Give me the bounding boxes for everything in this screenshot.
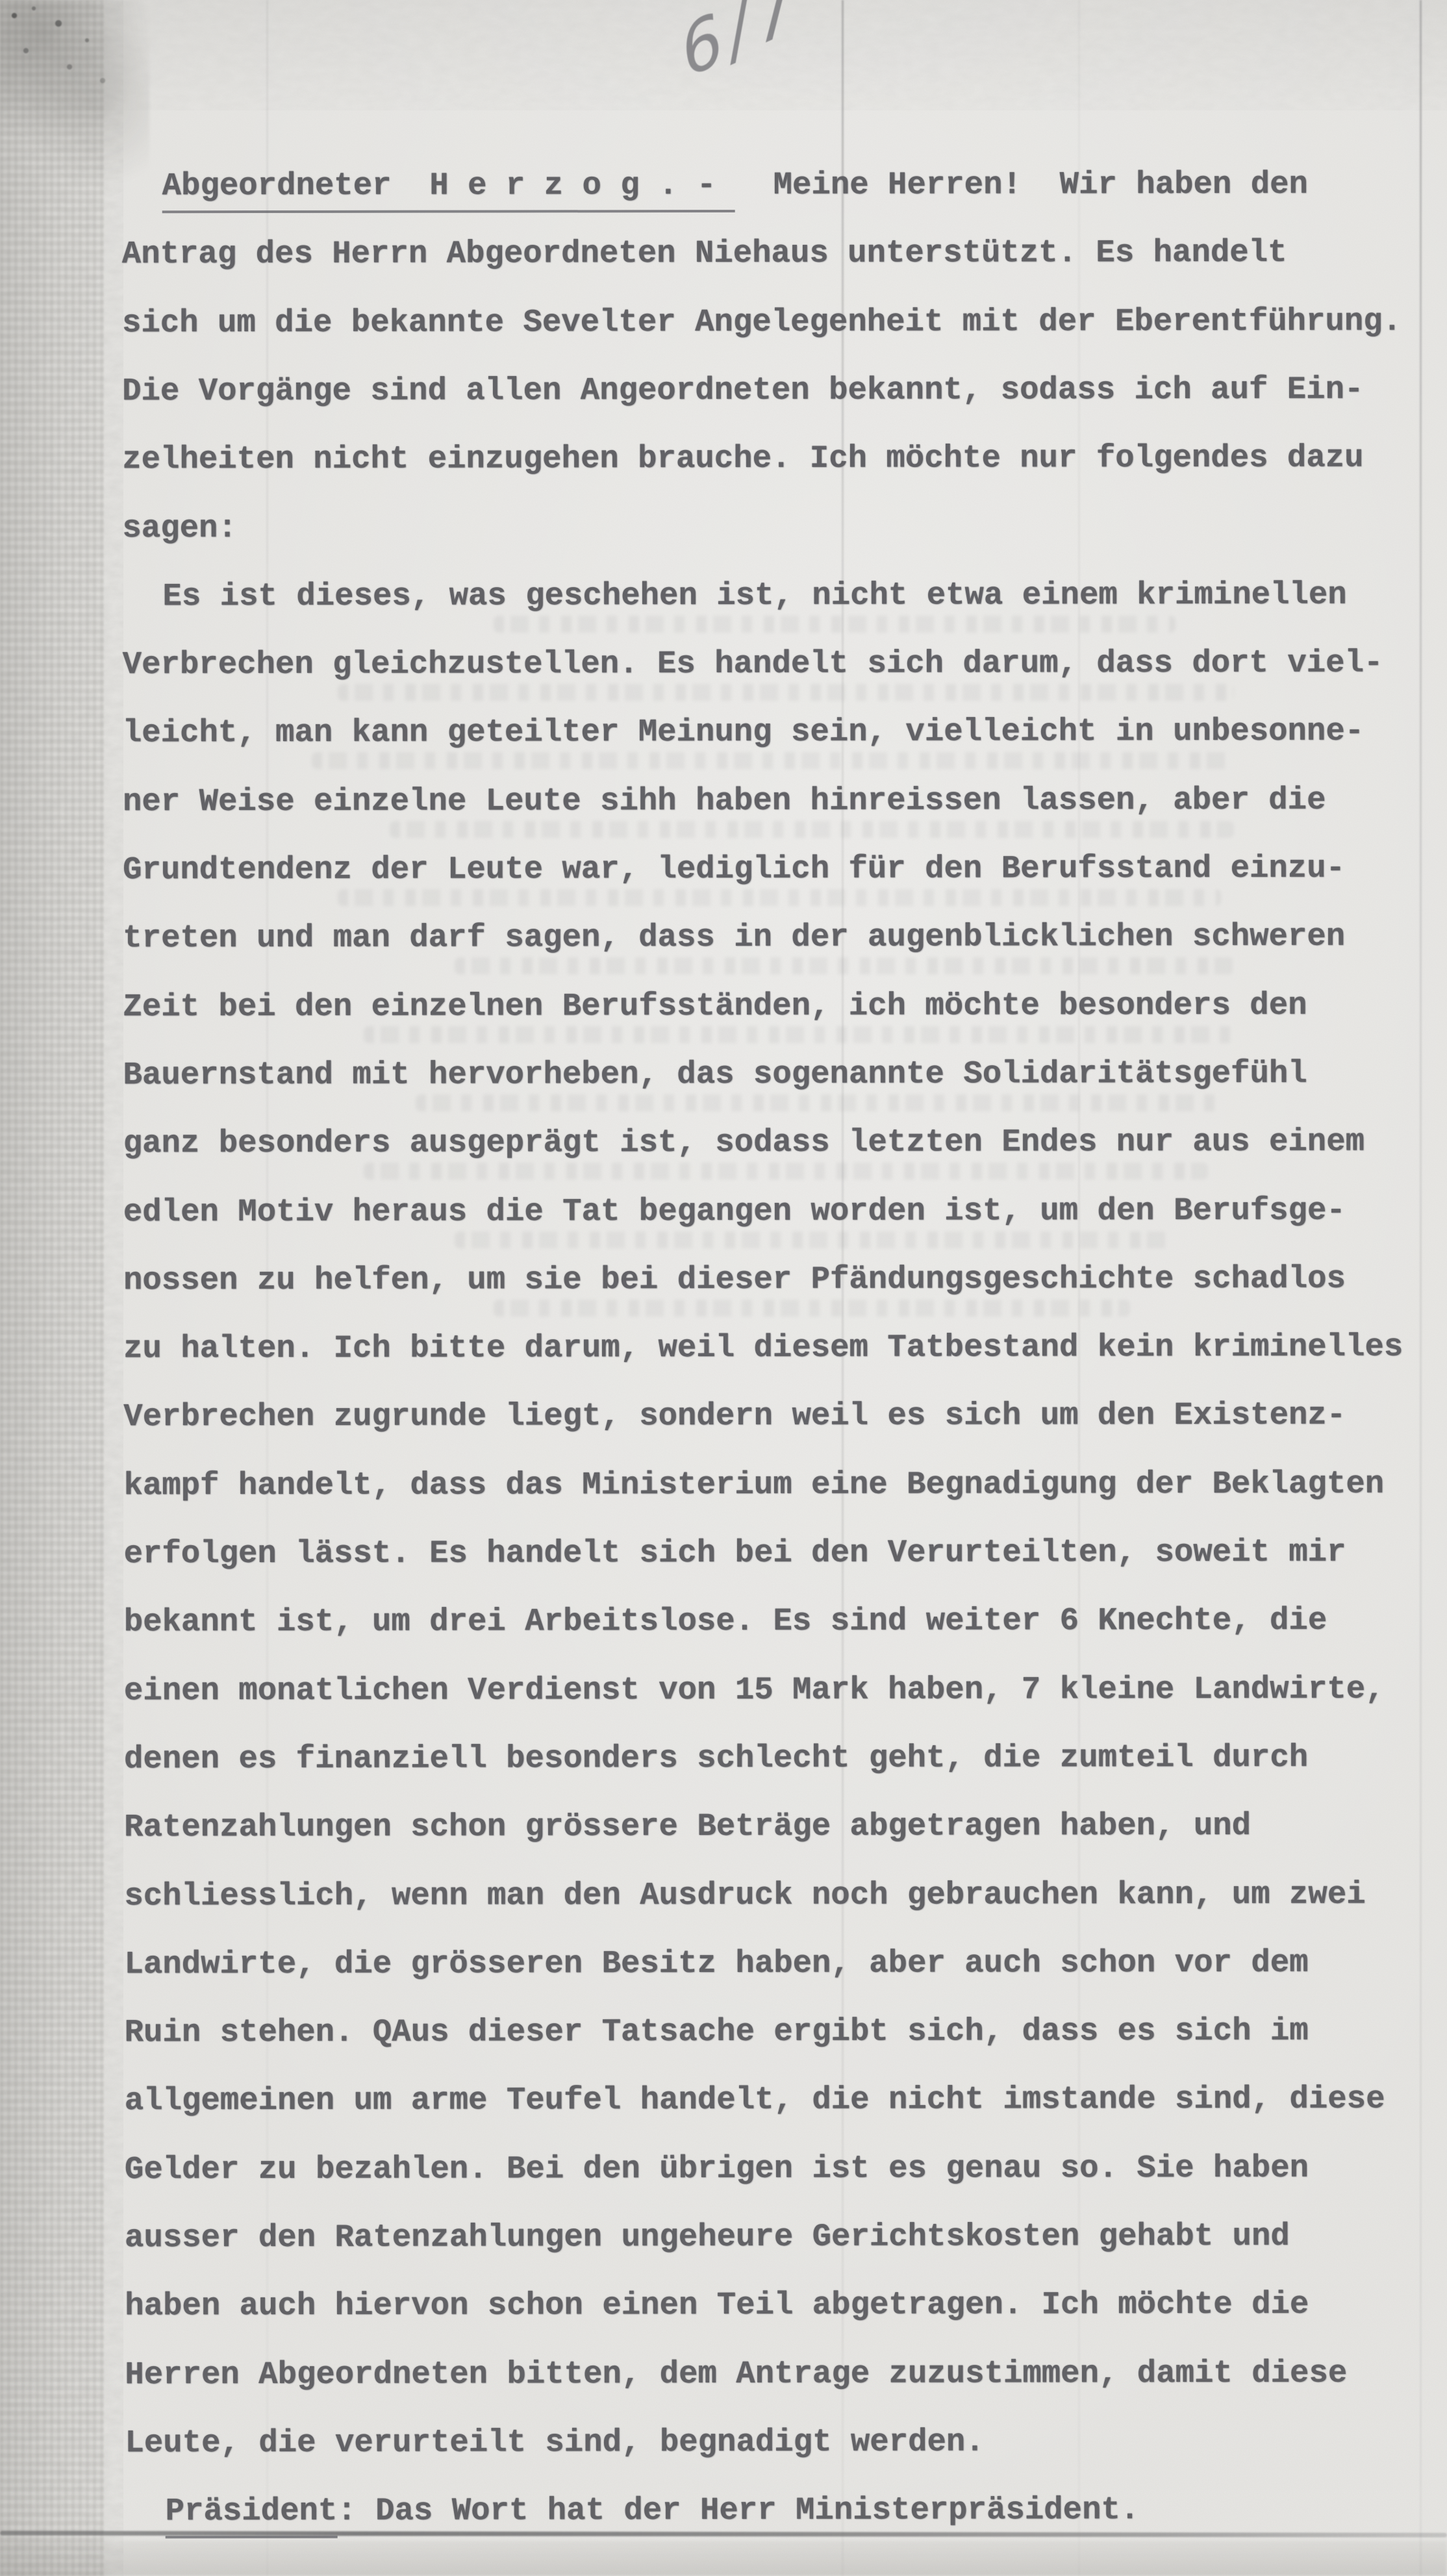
text-segment: Ruin stehen. QAus dieser Tatsache ergibt… (125, 2013, 1309, 2051)
text-line: kampf handelt, dass das Ministerium eine… (123, 1464, 1384, 1513)
text-line: sagen: (122, 509, 237, 555)
text-line: ganz besonders ausgeprägt ist, sodass le… (123, 1122, 1365, 1171)
text-line: schliesslich, wenn man den Ausdruck noch… (124, 1875, 1365, 1923)
text-segment: zu halten. Ich bitte darum, weil diesem … (123, 1329, 1403, 1367)
text-segment: allgemeinen um arme Teufel handelt, die … (125, 2081, 1385, 2119)
text-line: allgemeinen um arme Teufel handelt, die … (125, 2080, 1385, 2128)
text-line: Antrag des Herrn Abgeordneten Niehaus un… (122, 233, 1287, 282)
text-line: denen es finanziell besonders schlecht g… (124, 1738, 1308, 1787)
text-segment: ausser den Ratenzahlungen ungeheure Geri… (125, 2218, 1290, 2256)
text-segment: : Das Wort hat der Herr Ministerpräsiden… (337, 2492, 1139, 2529)
text-segment: ganz besonders ausgeprägt ist, sodass le… (123, 1124, 1365, 1162)
text-segment: sagen: (122, 510, 237, 546)
text-line: Verbrechen zugrunde liegt, sondern weil … (123, 1396, 1346, 1445)
text-segment: zelheiten nicht einzugehen brauche. Ich … (122, 440, 1363, 478)
text-line: haben auch hiervon schon einen Teil abge… (125, 2285, 1309, 2334)
text-line: leicht, man kann geteilter Meinung sein,… (123, 712, 1364, 761)
text-segment: sich um die bekannte Sevelter Angelegenh… (122, 303, 1402, 341)
text-line: Ratenzahlungen schon grössere Beträge ab… (124, 1806, 1251, 1854)
text-segment: Grundtendenz der Leute war, lediglich fü… (123, 850, 1345, 889)
text-line: edlen Motiv heraus die Tat begangen word… (123, 1191, 1346, 1239)
text-line: zu halten. Ich bitte darum, weil diesem … (123, 1328, 1403, 1376)
text-segment: Leute, die verurteilt sind, begnadigt we… (125, 2423, 984, 2461)
text-line: Die Vorgänge sind allen Angeordneten bek… (122, 370, 1363, 419)
document-page: 6/7 Abgeordneter H e r z o g . - Meine H… (0, 0, 1447, 2576)
text-line: bekannt ist, um drei Arbeitslose. Es sin… (124, 1601, 1327, 1650)
text-line: Landwirte, die grösseren Besitz haben, a… (124, 1943, 1308, 1992)
text-line: ner Weise einzelne Leute sihh haben hinr… (123, 780, 1326, 829)
text-segment: schliesslich, wenn man den Ausdruck noch… (124, 1876, 1365, 1914)
text-line: sich um die bekannte Sevelter Angelegenh… (122, 301, 1402, 350)
text-line: Verbrechen gleichzustellen. Es handelt s… (123, 644, 1383, 692)
text-line: Es ist dieses, was geschehen ist, nicht … (162, 575, 1346, 624)
text-segment: edlen Motiv heraus die Tat begangen word… (123, 1192, 1346, 1230)
text-segment: Die Vorgänge sind allen Angeordneten bek… (122, 372, 1363, 410)
text-segment: denen es finanziell besonders schlecht g… (124, 1739, 1308, 1778)
text-segment: Es ist dieses, was geschehen ist, nicht … (162, 576, 1346, 614)
text-line: zelheiten nicht einzugehen brauche. Ich … (122, 438, 1363, 487)
text-line: Bauernstand mit hervorheben, das sogenan… (123, 1054, 1307, 1103)
text-segment: erfolgen lässt. Es handelt sich bei den … (124, 1534, 1346, 1572)
underlined-text-segment: Abgeordneter H e r z o g . - (162, 166, 735, 213)
text-line: Herren Abgeordneten bitten, dem Antrage … (125, 2353, 1347, 2402)
text-line: Grundtendenz der Leute war, lediglich fü… (123, 849, 1345, 898)
text-segment: haben auch hiervon schon einen Teil abge… (125, 2286, 1309, 2325)
text-segment: Ratenzahlungen schon grössere Beträge ab… (124, 1808, 1251, 1845)
text-segment: treten und man darf sagen, dass in der a… (123, 918, 1345, 957)
text-line: treten und man darf sagen, dass in der a… (123, 917, 1345, 966)
text-segment: Meine Herren! Wir haben den (735, 166, 1308, 203)
text-segment: bekannt ist, um drei Arbeitslose. Es sin… (124, 1602, 1327, 1641)
text-segment: Verbrechen zugrunde liegt, sondern weil … (123, 1397, 1346, 1435)
text-segment: ner Weise einzelne Leute sihh haben hinr… (123, 781, 1326, 820)
text-line: einen monatlichen Verdienst von 15 Mark … (124, 1669, 1385, 1718)
typewritten-text-block: Abgeordneter H e r z o g . - Meine Herre… (0, 0, 1447, 2576)
text-segment: Gelder zu bezahlen. Bei den übrigen ist … (125, 2149, 1309, 2188)
text-line: erfolgen lässt. Es handelt sich bei den … (124, 1533, 1346, 1582)
text-segment: Zeit bei den einzelnen Berufsständen, ic… (123, 987, 1307, 1025)
text-segment: nossen zu helfen, um sie bei dieser Pfän… (123, 1260, 1346, 1298)
text-line: Zeit bei den einzelnen Berufsständen, ic… (123, 985, 1307, 1034)
text-segment: einen monatlichen Verdienst von 15 Mark … (124, 1671, 1385, 1709)
text-line: Leute, die verurteilt sind, begnadigt we… (125, 2422, 984, 2470)
text-line: nossen zu helfen, um sie bei dieser Pfän… (123, 1259, 1346, 1307)
text-segment: leicht, man kann geteilter Meinung sein,… (123, 713, 1364, 751)
text-line: Gelder zu bezahlen. Bei den übrigen ist … (125, 2148, 1309, 2197)
text-segment: Antrag des Herrn Abgeordneten Niehaus un… (122, 234, 1287, 273)
text-segment: Bauernstand mit hervorheben, das sogenan… (123, 1055, 1307, 1094)
text-segment: Verbrechen gleichzustellen. Es handelt s… (123, 645, 1383, 683)
text-segment: Herren Abgeordneten bitten, dem Antrage … (125, 2355, 1347, 2393)
text-line: Ruin stehen. QAus dieser Tatsache ergibt… (125, 2012, 1309, 2060)
text-line: ausser den Ratenzahlungen ungeheure Geri… (125, 2217, 1290, 2266)
text-segment: kampf handelt, dass das Ministerium eine… (123, 1465, 1384, 1504)
text-line: Abgeordneter H e r z o g . - Meine Herre… (162, 165, 1308, 213)
text-segment: Landwirte, die grösseren Besitz haben, a… (124, 1945, 1308, 1983)
